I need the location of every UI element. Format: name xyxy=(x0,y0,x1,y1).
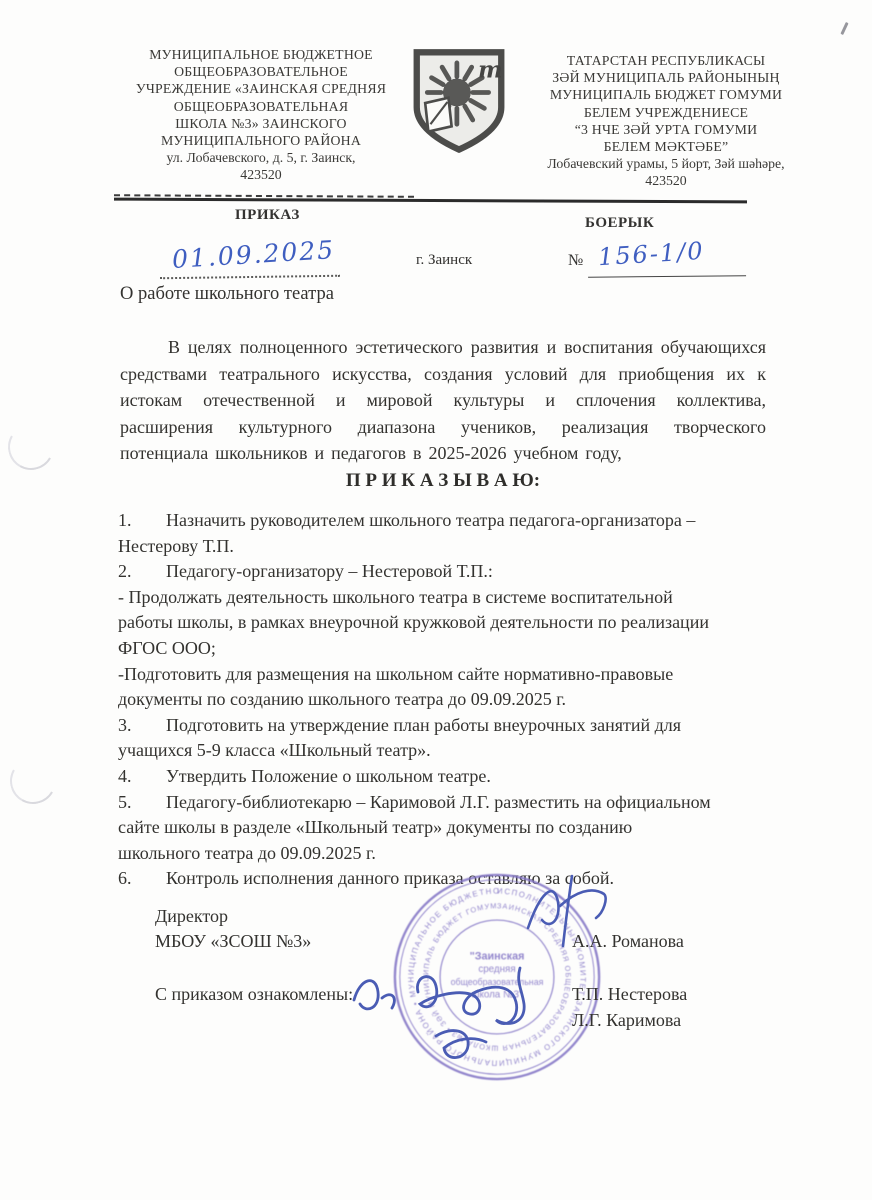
org-name-tat-line: БЕЛЕМ МӘКТӘБЕ” xyxy=(516,138,816,155)
item-text: Педагогу-библиотекарю – Каримовой Л.Г. р… xyxy=(118,792,711,863)
org-name-line: МУНИЦИПАЛЬНОЕ БЮДЖЕТНОЕ xyxy=(112,46,410,63)
org-address-line: ул. Лобачевского, д. 5, г. Заинск, xyxy=(112,149,410,166)
scan-artifact-arc xyxy=(3,419,59,475)
acknowledgement-signatures xyxy=(348,958,583,1073)
scan-artifact-arc xyxy=(5,753,61,809)
letterhead-left: МУНИЦИПАЛЬНОЕ БЮДЖЕТНОЕ ОБЩЕОБРАЗОВАТЕЛЬ… xyxy=(112,46,410,184)
item-text: Педагогу-организатору – Нестеровой Т.П.: xyxy=(166,561,493,581)
order-label-tat: БОЕРЫК xyxy=(585,215,654,232)
order-item: 3.Подготовить на утверждение план работы… xyxy=(118,713,778,764)
org-name-line: ОБЩЕОБРАЗОВАТЕЛЬНАЯ xyxy=(112,98,410,115)
scanned-order-document: { "doc": { "colors": { "ink_blue": "#3f5… xyxy=(0,0,872,1200)
item-text: Подготовить на утверждение план работы в… xyxy=(118,715,681,761)
org-name-tat-line: БЕЛЕМ УЧРЕЖДЕНИЕСЕ xyxy=(516,104,816,121)
acknowledged-label: С приказом ознакомлены: xyxy=(155,984,353,1005)
order-item: -Подготовить для размещения на школьном … xyxy=(118,662,778,713)
org-name-tat-line: ТАТАРСТАН РЕСПУБЛИКАСЫ xyxy=(516,52,816,69)
order-item: 4.Утвердить Положение о школьном театре. xyxy=(118,764,778,790)
school-crest-emblem: т xyxy=(406,46,512,158)
order-subject: О работе школьного театра xyxy=(120,284,334,305)
org-name-tat-line: “3 НЧЕ ЗӘЙ УРТА ГОМУМИ xyxy=(516,121,816,138)
intro-paragraph: В целях полноценного эстетического разви… xyxy=(120,334,766,467)
item-number: 2. xyxy=(118,559,166,585)
org-postcode-tat: 423520 xyxy=(516,172,816,189)
crest-letter: т xyxy=(478,57,503,84)
item-number: 3. xyxy=(118,713,166,739)
item-number: 4. xyxy=(118,764,166,790)
scan-artifact-slash xyxy=(840,22,848,35)
org-name-line: ОБЩЕОБРАЗОВАТЕЛЬНОЕ xyxy=(112,63,410,80)
org-postcode: 423520 xyxy=(112,166,410,183)
resolution-heading: П Р И К А З Ы В А Ю: xyxy=(120,470,766,492)
city-label: г. Заинск xyxy=(416,252,472,269)
item-number: 1. xyxy=(118,508,166,534)
signature-ink-icon xyxy=(348,958,583,1073)
number-underline xyxy=(588,257,746,277)
acknowledged-name: Т.П. Нестерова xyxy=(572,984,687,1005)
number-sign: № xyxy=(568,252,583,270)
director-name: А.А. Романова xyxy=(572,931,684,952)
item-number: 5. xyxy=(118,790,166,816)
order-item: 2.Педагогу-организатору – Нестеровой Т.П… xyxy=(118,559,778,585)
org-name-tat-line: ЗӘЙ МУНИЦИПАЛЬ РАЙОНЫНЫҢ xyxy=(516,69,816,86)
item-text: Утвердить Положение о школьном театре. xyxy=(166,766,491,786)
item-text: Назначить руководителем школьного театра… xyxy=(118,510,695,556)
item-number: 6. xyxy=(118,866,166,892)
date-underline xyxy=(160,257,340,280)
order-item: 1.Назначить руководителем школьного теат… xyxy=(118,508,778,559)
crest-icon: т xyxy=(406,46,512,158)
header-divider-line xyxy=(114,198,747,204)
order-label-ru: ПРИКАЗ xyxy=(235,207,300,224)
director-title-line2: МБОУ «ЗСОШ №3» xyxy=(155,931,311,952)
org-address-tat-line: Лобачевский урамы, 5 йорт, Зәй шәһәре, xyxy=(516,155,816,172)
order-items-list: 1.Назначить руководителем школьного теат… xyxy=(118,508,778,892)
order-item: - Продолжать деятельность школьного теат… xyxy=(118,585,778,662)
order-item: 5.Педагогу-библиотекарю – Каримовой Л.Г.… xyxy=(118,790,778,867)
item-text: -Подготовить для размещения на школьном … xyxy=(118,664,673,710)
item-text: - Продолжать деятельность школьного теат… xyxy=(118,587,709,658)
letterhead-right: ТАТАРСТАН РЕСПУБЛИКАСЫ ЗӘЙ МУНИЦИПАЛЬ РА… xyxy=(516,52,816,190)
acknowledged-name: Л.Г. Каримова xyxy=(572,1010,681,1031)
director-title-line1: Директор xyxy=(155,906,228,927)
org-name-line: МУНИЦИПАЛЬНОГО РАЙОНА xyxy=(112,132,410,149)
org-name-tat-line: МУНИЦИПАЛЬ БЮДЖЕТ ГОМУМИ xyxy=(516,86,816,103)
org-name-line: ШКОЛА №3» ЗАИНСКОГО xyxy=(112,115,410,132)
org-name-line: УЧРЕЖДЕНИЕ «ЗАИНСКАЯ СРЕДНЯЯ xyxy=(112,80,410,97)
